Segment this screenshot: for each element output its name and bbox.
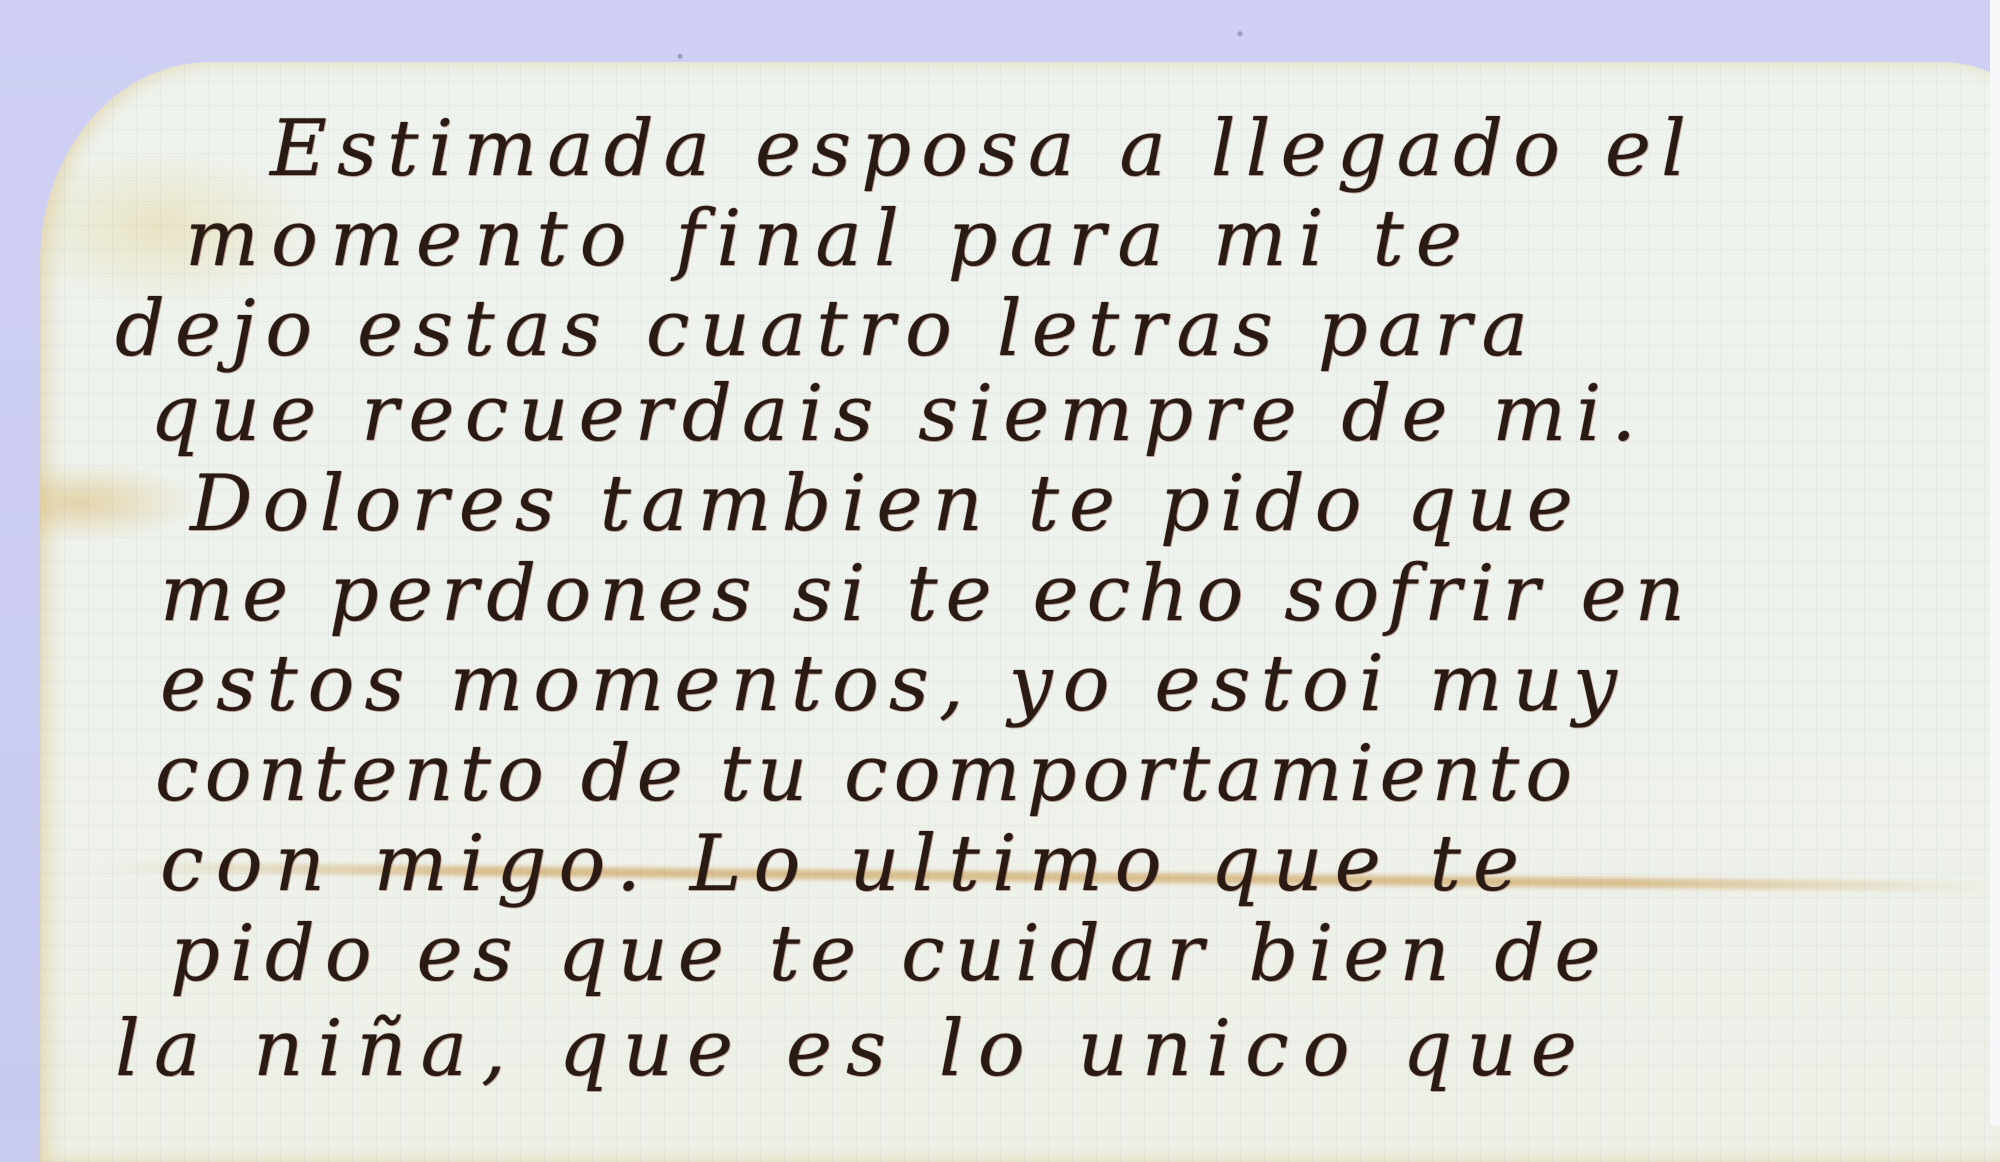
letter-line: la niña, que es lo unico que — [115, 1010, 1591, 1088]
letter-line: momento final para mi te — [185, 200, 1474, 278]
letter-line: estos momentos, yo estoi muy — [160, 645, 1627, 723]
letter-line: Estimada esposa a llegado el — [270, 110, 1696, 188]
letter-line: con migo. Lo ultimo que te — [160, 825, 1531, 903]
photo-edge — [1990, 0, 2000, 1125]
letter-line: pido es que te cuidar bien de — [170, 915, 1611, 993]
letter-line: contento de tu comportamiento — [155, 735, 1578, 813]
letter-line: dejo estas cuatro letras para — [115, 290, 1538, 368]
letter-body: Estimada esposa a llegado el momento fin… — [0, 0, 2000, 1125]
letter-line: que recuerdais siempre de mi. — [150, 375, 1646, 453]
letter-line: Dolores tambien te pido que — [190, 465, 1583, 543]
letter-line: me perdones si te echo sofrir en — [160, 555, 1693, 633]
